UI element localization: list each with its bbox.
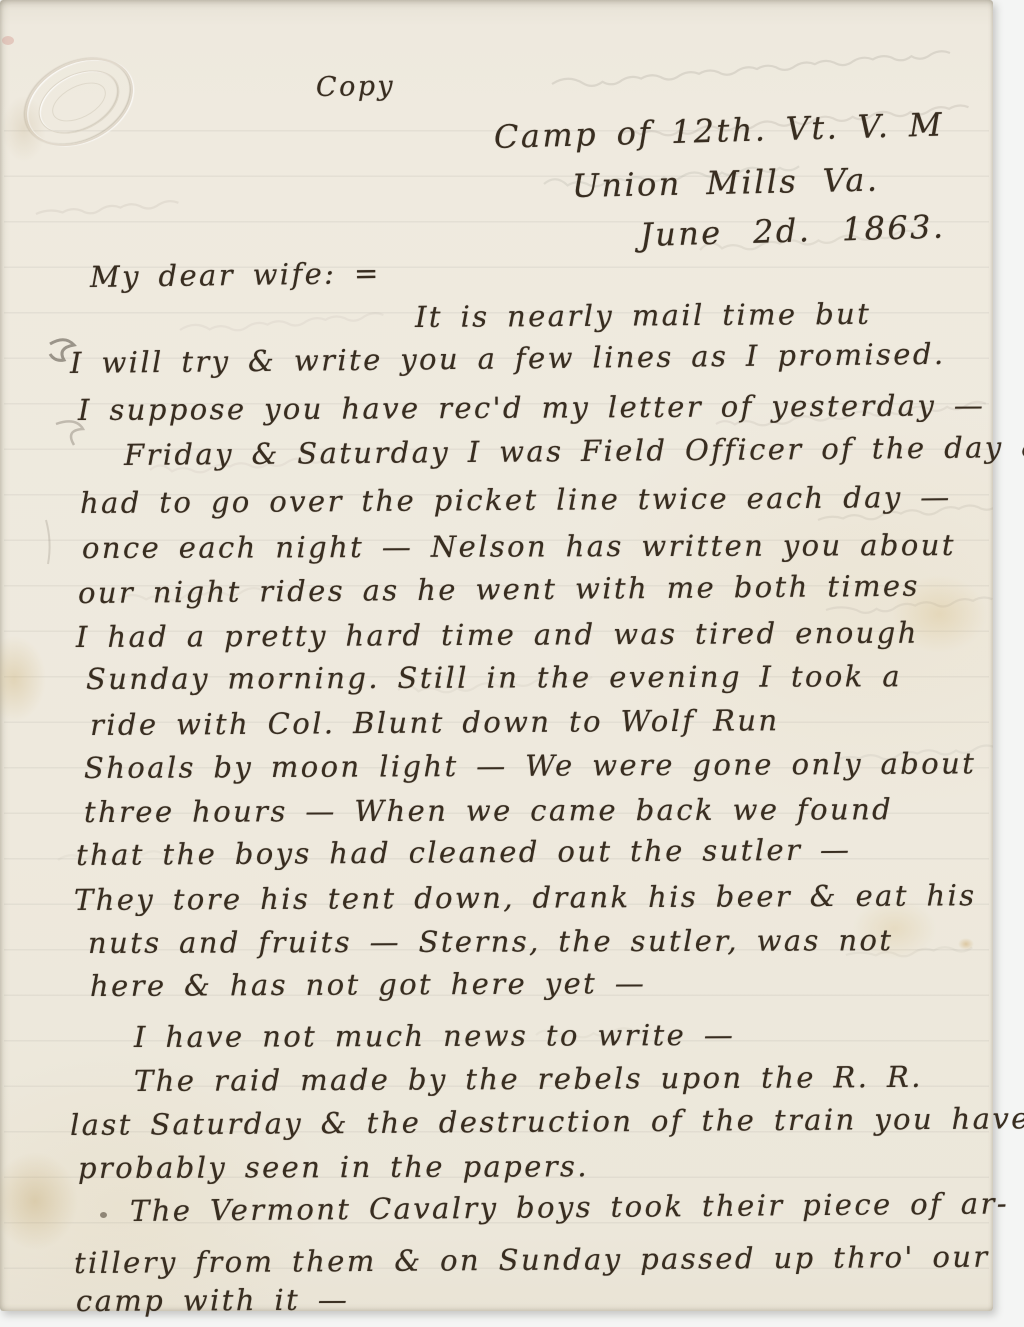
paper-stain bbox=[0, 636, 46, 722]
pencil-smudge bbox=[56, 421, 83, 445]
letter-paper: Copy Camp of 12th. Vt. V. M Union Mills … bbox=[0, 0, 993, 1311]
letter-line: probably seen in the papers. bbox=[78, 1149, 589, 1185]
bleedthrough-stroke bbox=[150, 458, 326, 472]
letter-line: camp with it — bbox=[76, 1283, 349, 1318]
letter-line: Friday & Saturday I was Field Officer of… bbox=[124, 430, 1024, 472]
bleedthrough-stroke bbox=[180, 313, 383, 330]
letter-line: Shoals by moon light — We were gone only… bbox=[84, 746, 976, 785]
letter-line: I suppose you have rec'd my letter of ye… bbox=[78, 388, 985, 427]
paper-speck bbox=[2, 36, 14, 45]
bleedthrough-stroke bbox=[544, 166, 799, 186]
letter-line: had to go over the picket line twice eac… bbox=[80, 480, 952, 520]
heading-date-line: June 2d. 1863. bbox=[639, 207, 946, 254]
letter-line: ride with Col. Blunt down to Wolf Run bbox=[90, 703, 780, 742]
heading-camp-line: Camp of 12th. Vt. V. M bbox=[493, 105, 944, 156]
bleedthrough-stroke bbox=[836, 745, 993, 760]
bleedthrough-stroke bbox=[846, 947, 972, 956]
heading-location-line: Union Mills Va. bbox=[572, 161, 880, 205]
bleedthrough-stroke bbox=[620, 105, 968, 135]
letter-line: tillery from them & on Sunday passed up … bbox=[74, 1240, 990, 1280]
embossed-seal bbox=[10, 40, 148, 163]
copy-label: Copy bbox=[316, 71, 396, 103]
bleedthrough-stroke bbox=[826, 597, 992, 612]
letter-line: I have not much news to write — bbox=[134, 1018, 735, 1054]
letter-line: I had a pretty hard time and was tired e… bbox=[76, 616, 919, 654]
bleedthrough-stroke bbox=[398, 677, 592, 692]
bleedthrough-stroke bbox=[58, 851, 181, 860]
letter-line: that the boys had cleaned out the sutler… bbox=[76, 833, 852, 872]
letter-line: Sunday morning. Still in the evening I t… bbox=[86, 659, 902, 696]
scanned-letter-page: Copy Camp of 12th. Vt. V. M Union Mills … bbox=[0, 0, 1024, 1327]
paper-stain bbox=[892, 575, 987, 653]
paper-stain bbox=[958, 938, 974, 950]
ink-bleedthrough bbox=[0, 0, 993, 1311]
letter-line: The raid made by the rebels upon the R. … bbox=[134, 1060, 923, 1098]
bleedthrough-stroke bbox=[118, 586, 281, 600]
letter-line: last Saturday & the destruction of the t… bbox=[70, 1101, 1024, 1142]
letter-line: here & has not got here yet — bbox=[90, 966, 646, 1003]
salutation: My dear wife: = bbox=[90, 256, 381, 294]
bleedthrough-stroke bbox=[36, 201, 178, 214]
bleedthrough-stroke bbox=[716, 402, 986, 425]
letter-line: three hours — When we came back we found bbox=[84, 792, 893, 829]
margin-smudge-marks bbox=[0, 0, 993, 1311]
pencil-smudge bbox=[46, 520, 50, 564]
letter-line: The Vermont Cavalry boys took their piec… bbox=[130, 1186, 1009, 1228]
stationery-ruling bbox=[4, 86, 989, 1291]
bleedthrough-stroke bbox=[552, 51, 950, 86]
letter-line: It is nearly mail time but bbox=[415, 297, 871, 334]
pencil-smudge bbox=[50, 340, 74, 361]
paper-stain bbox=[852, 898, 937, 960]
letter-line: once each night — Nelson has written you… bbox=[82, 528, 956, 565]
letter-line: nuts and fruits — Sterns, the sutler, wa… bbox=[88, 923, 894, 960]
paper-stain bbox=[0, 1152, 78, 1250]
bleedthrough-stroke bbox=[700, 231, 915, 250]
bleedthrough-stroke bbox=[818, 505, 993, 520]
ink-speck bbox=[100, 1212, 107, 1218]
letter-line: I will try & write you a few lines as I … bbox=[70, 337, 946, 380]
letter-line: our night rides as he went with me both … bbox=[78, 569, 920, 610]
bleedthrough-stroke bbox=[536, 1028, 651, 1037]
letter-line: They tore his tent down, drank his beer … bbox=[74, 878, 977, 917]
